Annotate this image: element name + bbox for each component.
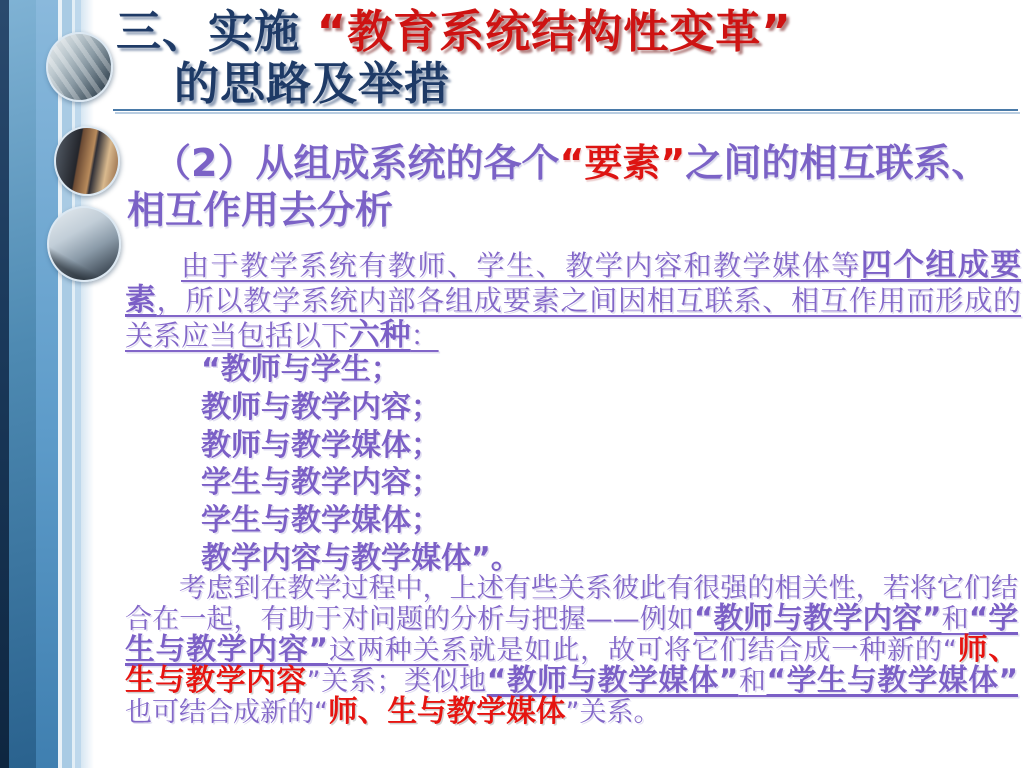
title-underline xyxy=(113,109,1018,111)
paragraph-composition: 由于教学系统有教师、学生、教学内容和教学媒体等四个组成要素，所以教学系统内部各组… xyxy=(125,248,1021,353)
text-segment: 和 xyxy=(738,666,766,697)
sidebar-stripe-main xyxy=(9,0,36,768)
paragraph-combination: 考虑到在教学过程中，上述有些关系彼此有很强的相关性，若将它们结合在一起，有助于对… xyxy=(125,574,1018,728)
presentation-slide: 三、实施 “教育系统结构性变革” 的思路及举措 （2）从组成系统的各个“要素”之… xyxy=(0,0,1024,768)
text-segment: 由于教学系统有教师、学生、教学内容和教学媒体等 xyxy=(181,249,861,282)
slide-title: 三、实施 “教育系统结构性变革” 的思路及举措 xyxy=(116,6,792,110)
title-line2: 的思路及举措 xyxy=(116,58,792,110)
subheading-highlight: “要素” xyxy=(559,141,685,185)
text-segment: 也可结合成新的“ xyxy=(125,697,328,728)
photo-people-walking xyxy=(47,206,121,282)
subheading: （2）从组成系统的各个“要素”之间的相互联系、相互作用去分析 xyxy=(127,140,1015,234)
photo-keyboard-hands xyxy=(46,32,113,102)
text-segment: ”关系。 xyxy=(566,697,661,728)
text-segment: “教师与教学媒体” xyxy=(487,663,739,698)
text-segment: ，所以教学系统内部各组成要素之间因相互联系、相互作用而形成的关系应当包括以下 xyxy=(125,284,1021,352)
text-segment: ： xyxy=(411,319,439,352)
title-line1-prefix: 三、实施 xyxy=(116,5,317,58)
text-segment: ”关系；类似地 xyxy=(307,666,487,697)
list-item: “教师与学生； xyxy=(201,351,521,389)
text-segment: 师、生与教学媒体 xyxy=(328,694,566,729)
text-segment: 就是如此，故可将它们结合成一种新的“ xyxy=(468,635,956,666)
sidebar-stripe-light xyxy=(62,0,72,768)
list-item: 学生与教学内容； xyxy=(201,464,521,502)
sidebar-stripe-dark xyxy=(0,0,9,768)
text-segment: “学生与教学媒体” xyxy=(766,663,1018,698)
list-item: 教师与教学内容； xyxy=(201,389,521,427)
title-line1-quoted: “教育系统结构性变革” xyxy=(317,5,792,58)
text-segment: 这两种关系 xyxy=(328,635,468,666)
subheading-pre: （2）从组成系统的各个 xyxy=(153,141,559,185)
text-segment: 和 xyxy=(942,604,969,635)
list-item: 教师与教学媒体； xyxy=(201,427,521,465)
list-item: 学生与教学媒体； xyxy=(201,502,521,540)
relation-list: “教师与学生；教师与教学内容；教师与教学媒体；学生与教学内容；学生与教学媒体；教… xyxy=(201,351,521,578)
sidebar-stripe-fade xyxy=(81,0,94,768)
text-segment: 六种 xyxy=(349,317,411,353)
photo-business-people xyxy=(54,126,120,196)
sidebar-stripe-mid xyxy=(36,0,58,768)
text-segment: “教师与教学内容” xyxy=(694,601,942,636)
title-line1: 三、实施 “教育系统结构性变革” xyxy=(116,6,792,58)
